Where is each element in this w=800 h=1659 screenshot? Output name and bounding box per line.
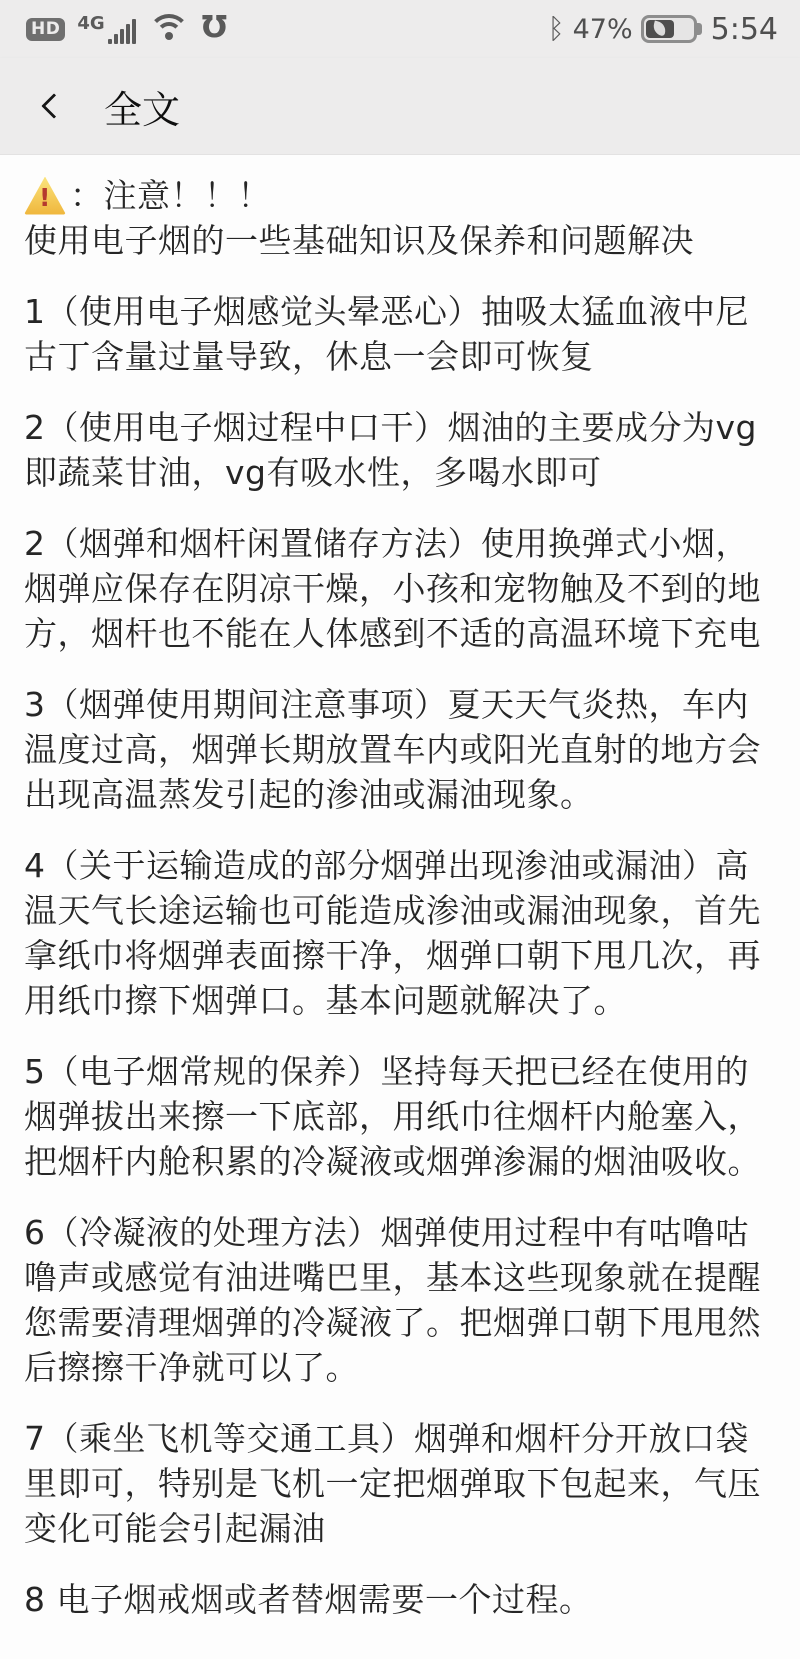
paragraph: 8 电子烟戒烟或者替烟需要一个过程。: [24, 1577, 776, 1622]
content-area: ! ：注意！！！ 使用电子烟的一些基础知识及保养和问题解决 1（使用电子烟感觉头…: [0, 155, 800, 1622]
warning-exclamation-mark: !: [24, 185, 66, 210]
paragraph: 7（乘坐飞机等交通工具）烟弹和烟杆分开放口袋里即可，特别是飞机一定把烟弹取下包起…: [24, 1416, 776, 1551]
intro-text: 使用电子烟的一些基础知识及保养和问题解决: [24, 218, 776, 263]
network-indicator: 4G: [77, 14, 135, 44]
status-bar-right: ᛒ 47% 5:54: [548, 12, 778, 47]
back-button[interactable]: [34, 86, 74, 126]
paragraph: 4（关于运输造成的部分烟弹出现渗油或漏油）高温天气长途运输也可能造成渗油或漏油现…: [24, 843, 776, 1023]
page-title: 全文: [104, 79, 180, 134]
warning-line: ! ：注意！！！: [24, 173, 776, 218]
back-chevron-icon: [41, 93, 66, 118]
bluetooth-icon: ᛒ: [548, 15, 565, 43]
status-bar: HD 4G Ʊ ᛒ 47% 5:54: [0, 0, 800, 58]
paragraph: 3（烟弹使用期间注意事项）夏天天气炎热，车内温度过高，烟弹长期放置车内或阳光直射…: [24, 682, 776, 817]
header: 全文: [0, 58, 800, 155]
paragraph: 5（电子烟常规的保养）坚持每天把已经在使用的烟弹拔出来擦一下底部，用纸巾往烟杆内…: [24, 1049, 776, 1184]
warning-text: ：注意！！！: [70, 173, 271, 218]
network-type-label: 4G: [77, 15, 104, 33]
wifi-icon: [148, 14, 190, 44]
paragraph: 6（冷凝液的处理方法）烟弹使用过程中有咕噜咕噜声或感觉有油进嘴巴里，基本这些现象…: [24, 1210, 776, 1390]
battery-percent-label: 47%: [573, 14, 633, 45]
screen: HD 4G Ʊ ᛒ 47% 5:54 全文 ! ：注意！！！: [0, 0, 800, 1659]
paragraph: 2（使用电子烟过程中口干）烟油的主要成分为vg即蔬菜甘油，vg有吸水性，多喝水即…: [24, 405, 776, 495]
vibrate-icon: Ʊ: [202, 13, 228, 43]
clock-label: 5:54: [711, 12, 778, 47]
paragraph: 1（使用电子烟感觉头晕恶心）抽吸太猛血液中尼古丁含量过量导致，休息一会即可恢复: [24, 289, 776, 379]
warning-triangle-icon: !: [24, 177, 66, 215]
battery-icon: [641, 15, 697, 43]
status-bar-left: HD 4G Ʊ: [26, 14, 227, 44]
signal-bars-icon: [108, 18, 136, 44]
hd-badge: HD: [26, 18, 65, 41]
paragraph: 2（烟弹和烟杆闲置储存方法）使用换弹式小烟，烟弹应保存在阴凉干燥，小孩和宠物触及…: [24, 521, 776, 656]
